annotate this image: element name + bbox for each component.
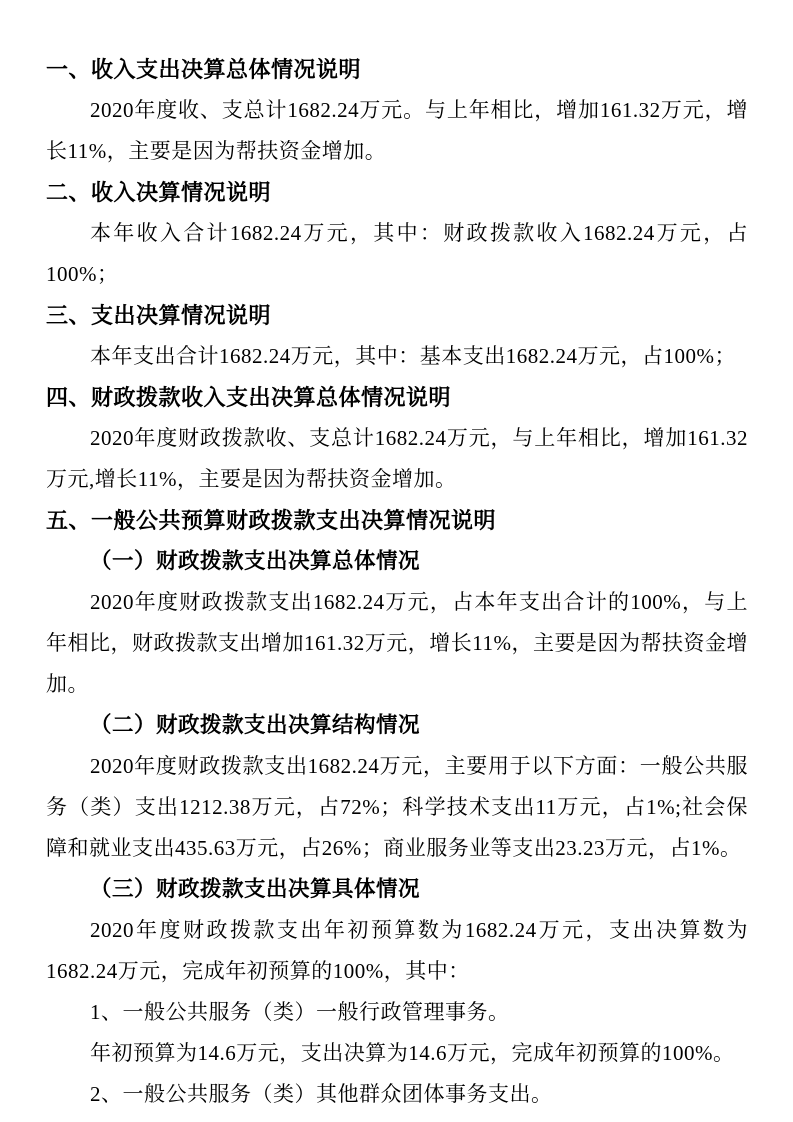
section-5-heading: 五、一般公共预算财政拨款支出决算情况说明 [46, 500, 748, 541]
item-1-detail: 年初预算为14.6万元，支出决算为14.6万元，完成年初预算的100%。 [46, 1033, 748, 1074]
section-5-sub-1-heading: （一）财政拨款支出决算总体情况 [46, 541, 748, 582]
section-2-paragraph: 本年收入合计1682.24万元，其中：财政拨款收入1682.24万元，占100%… [46, 213, 748, 295]
section-3-paragraph: 本年支出合计1682.24万元，其中：基本支出1682.24万元，占100%； [46, 336, 748, 377]
section-1-paragraph: 2020年度收、支总计1682.24万元。与上年相比，增加161.32万元，增长… [46, 90, 748, 172]
section-5-sub-3-heading: （三）财政拨款支出决算具体情况 [46, 869, 748, 910]
item-2-title: 2、一般公共服务（类）其他群众团体事务支出。 [46, 1074, 748, 1115]
section-1-heading: 一、收入支出决算总体情况说明 [46, 49, 748, 90]
section-4-heading: 四、财政拨款收入支出决算总体情况说明 [46, 377, 748, 418]
document-body: 一、收入支出决算总体情况说明2020年度收、支总计1682.24万元。与上年相比… [46, 49, 748, 1115]
section-5-sub-2-paragraph: 2020年度财政拨款支出1682.24万元，主要用于以下方面：一般公共服务（类）… [46, 746, 748, 869]
document-page: 一、收入支出决算总体情况说明2020年度收、支总计1682.24万元。与上年相比… [0, 0, 793, 1122]
item-1-title: 1、一般公共服务（类）一般行政管理事务。 [46, 992, 748, 1033]
section-5-sub-3-paragraph: 2020年度财政拨款支出年初预算数为1682.24万元，支出决算数为1682.2… [46, 910, 748, 992]
section-5-sub-2-heading: （二）财政拨款支出决算结构情况 [46, 705, 748, 746]
section-4-paragraph: 2020年度财政拨款收、支总计1682.24万元，与上年相比，增加161.32万… [46, 418, 748, 500]
section-5-sub-1-paragraph: 2020年度财政拨款支出1682.24万元，占本年支出合计的100%，与上年相比… [46, 582, 748, 705]
section-3-heading: 三、支出决算情况说明 [46, 295, 748, 336]
section-2-heading: 二、收入决算情况说明 [46, 172, 748, 213]
